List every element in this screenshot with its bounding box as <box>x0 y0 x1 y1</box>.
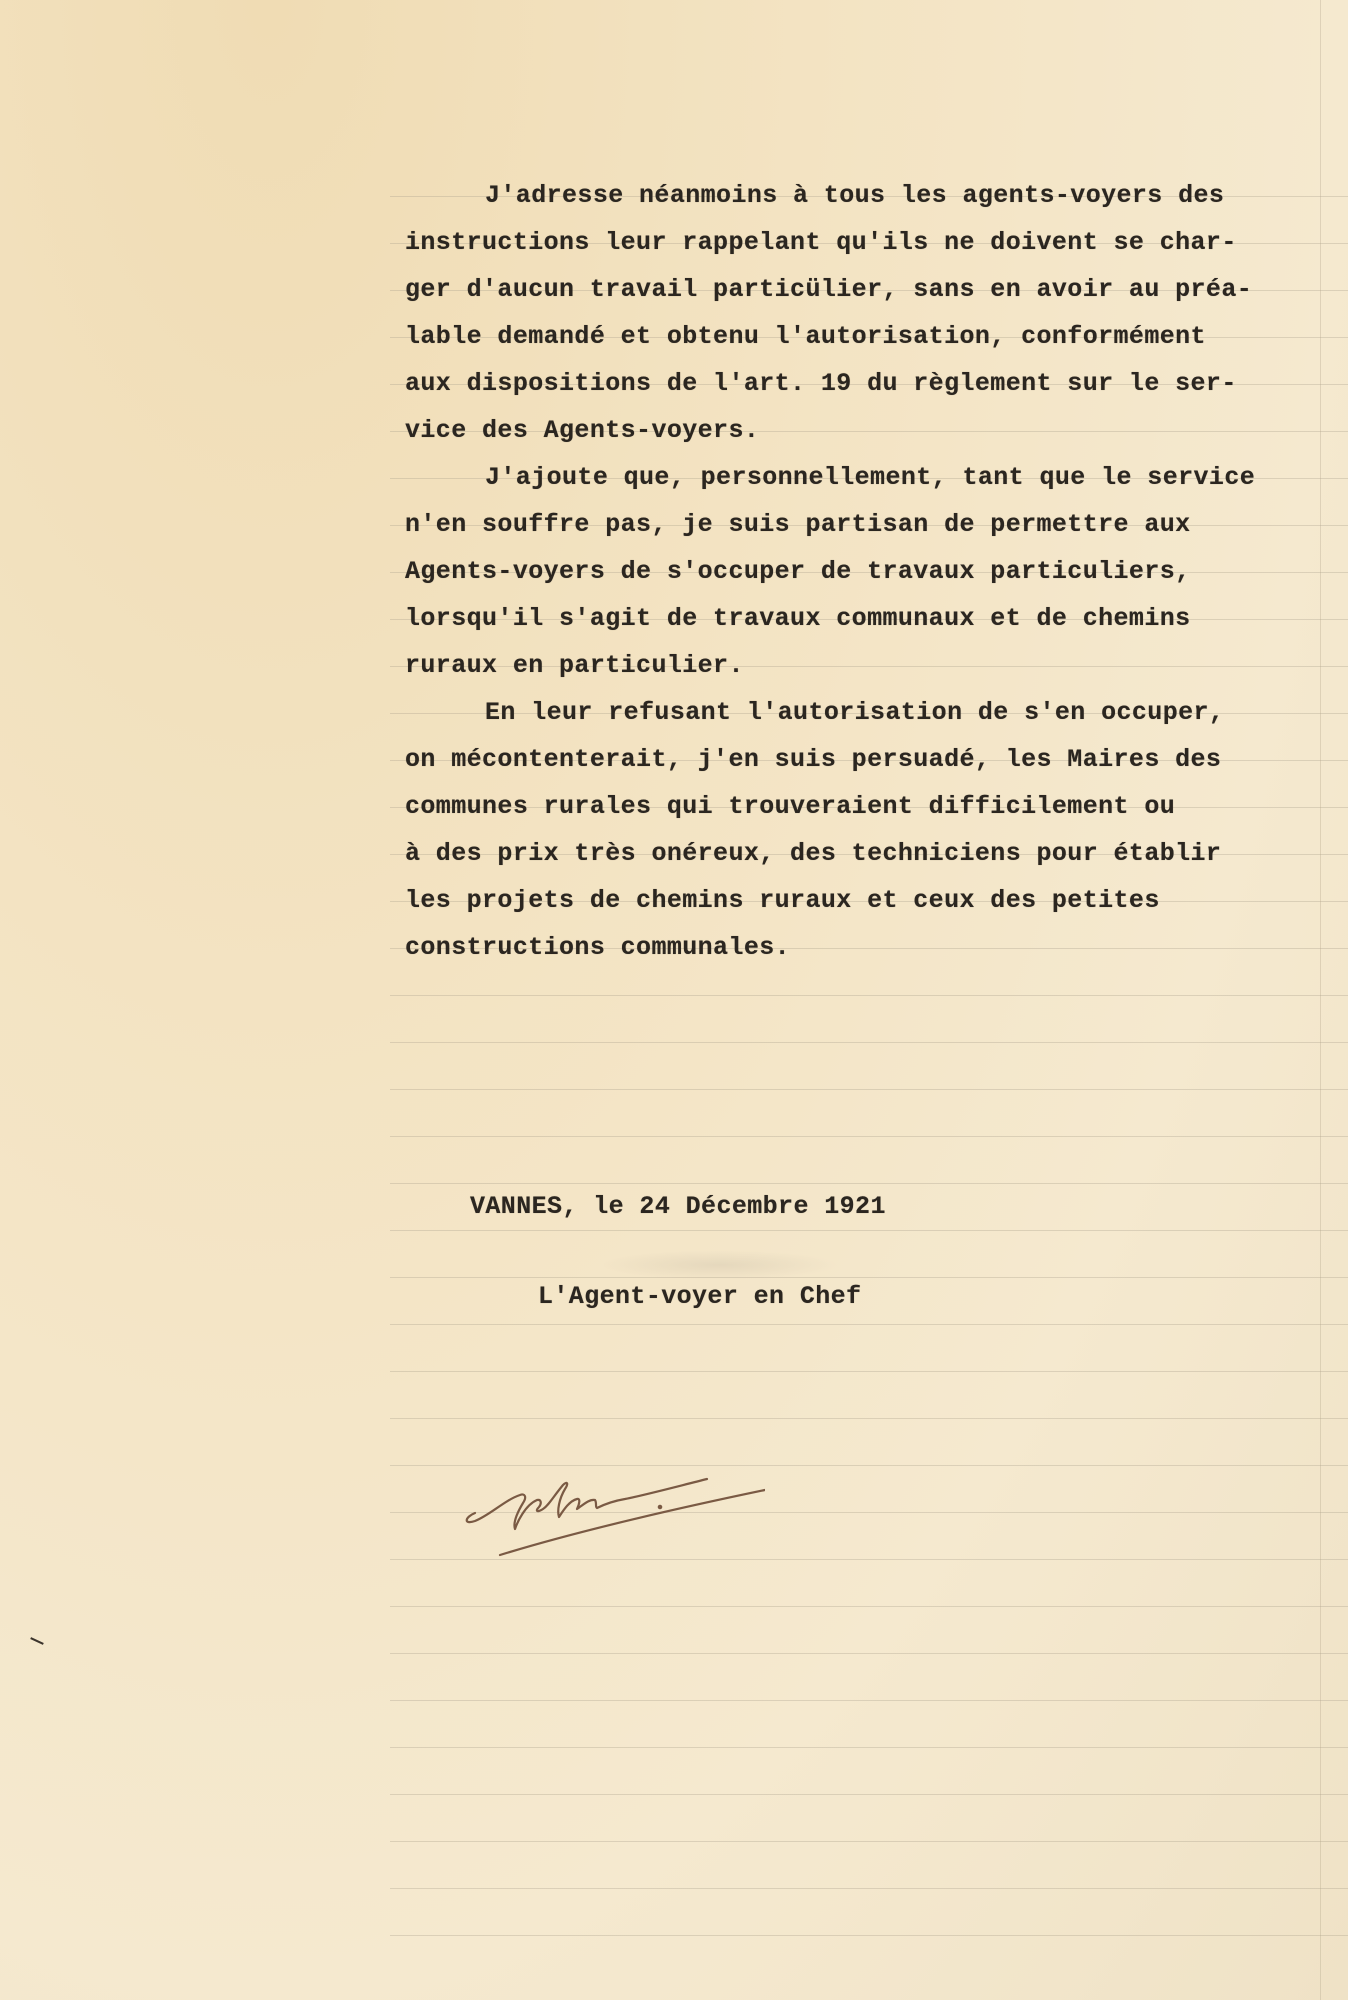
text-line: ger d'aucun travail particülier, sans en… <box>405 266 1335 313</box>
document-page: J'adresse néanmoins à tous les agents-vo… <box>0 0 1348 2000</box>
text-line: ruraux en particulier. <box>405 642 1335 689</box>
margin-mark <box>30 1637 44 1645</box>
text-line: on mécontenterait, j'en suis persuadé, l… <box>405 736 1335 783</box>
ink-smudge <box>600 1250 840 1280</box>
text-line: instructions leur rappelant qu'ils ne do… <box>405 219 1335 266</box>
text-line: vice des Agents-voyers. <box>405 407 1335 454</box>
text-line: n'en souffre pas, je suis partisan de pe… <box>405 501 1335 548</box>
text-line: lorsqu'il s'agit de travaux communaux et… <box>405 595 1335 642</box>
place-and-date: VANNES, le 24 Décembre 1921 <box>470 1192 886 1221</box>
paragraph-3: En leur refusant l'autorisation de s'en … <box>405 689 1335 971</box>
handwritten-signature-icon <box>445 1455 765 1565</box>
letter-body: J'adresse néanmoins à tous les agents-vo… <box>405 172 1335 971</box>
text-line: aux dispositions de l'art. 19 du règleme… <box>405 360 1335 407</box>
text-line: lable demandé et obtenu l'autorisation, … <box>405 313 1335 360</box>
signatory-title: L'Agent-voyer en Chef <box>538 1282 861 1311</box>
paragraph-2: J'ajoute que, personnellement, tant que … <box>405 454 1335 689</box>
text-line: les projets de chemins ruraux et ceux de… <box>405 877 1335 924</box>
text-line: En leur refusant l'autorisation de s'en … <box>405 689 1335 736</box>
text-line: communes rurales qui trouveraient diffic… <box>405 783 1335 830</box>
text-line: Agents-voyers de s'occuper de travaux pa… <box>405 548 1335 595</box>
text-line: à des prix très onéreux, des techniciens… <box>405 830 1335 877</box>
text-line: constructions communales. <box>405 924 1335 971</box>
text-line: J'ajoute que, personnellement, tant que … <box>405 454 1335 501</box>
paragraph-1: J'adresse néanmoins à tous les agents-vo… <box>405 172 1335 454</box>
text-line: J'adresse néanmoins à tous les agents-vo… <box>405 172 1335 219</box>
